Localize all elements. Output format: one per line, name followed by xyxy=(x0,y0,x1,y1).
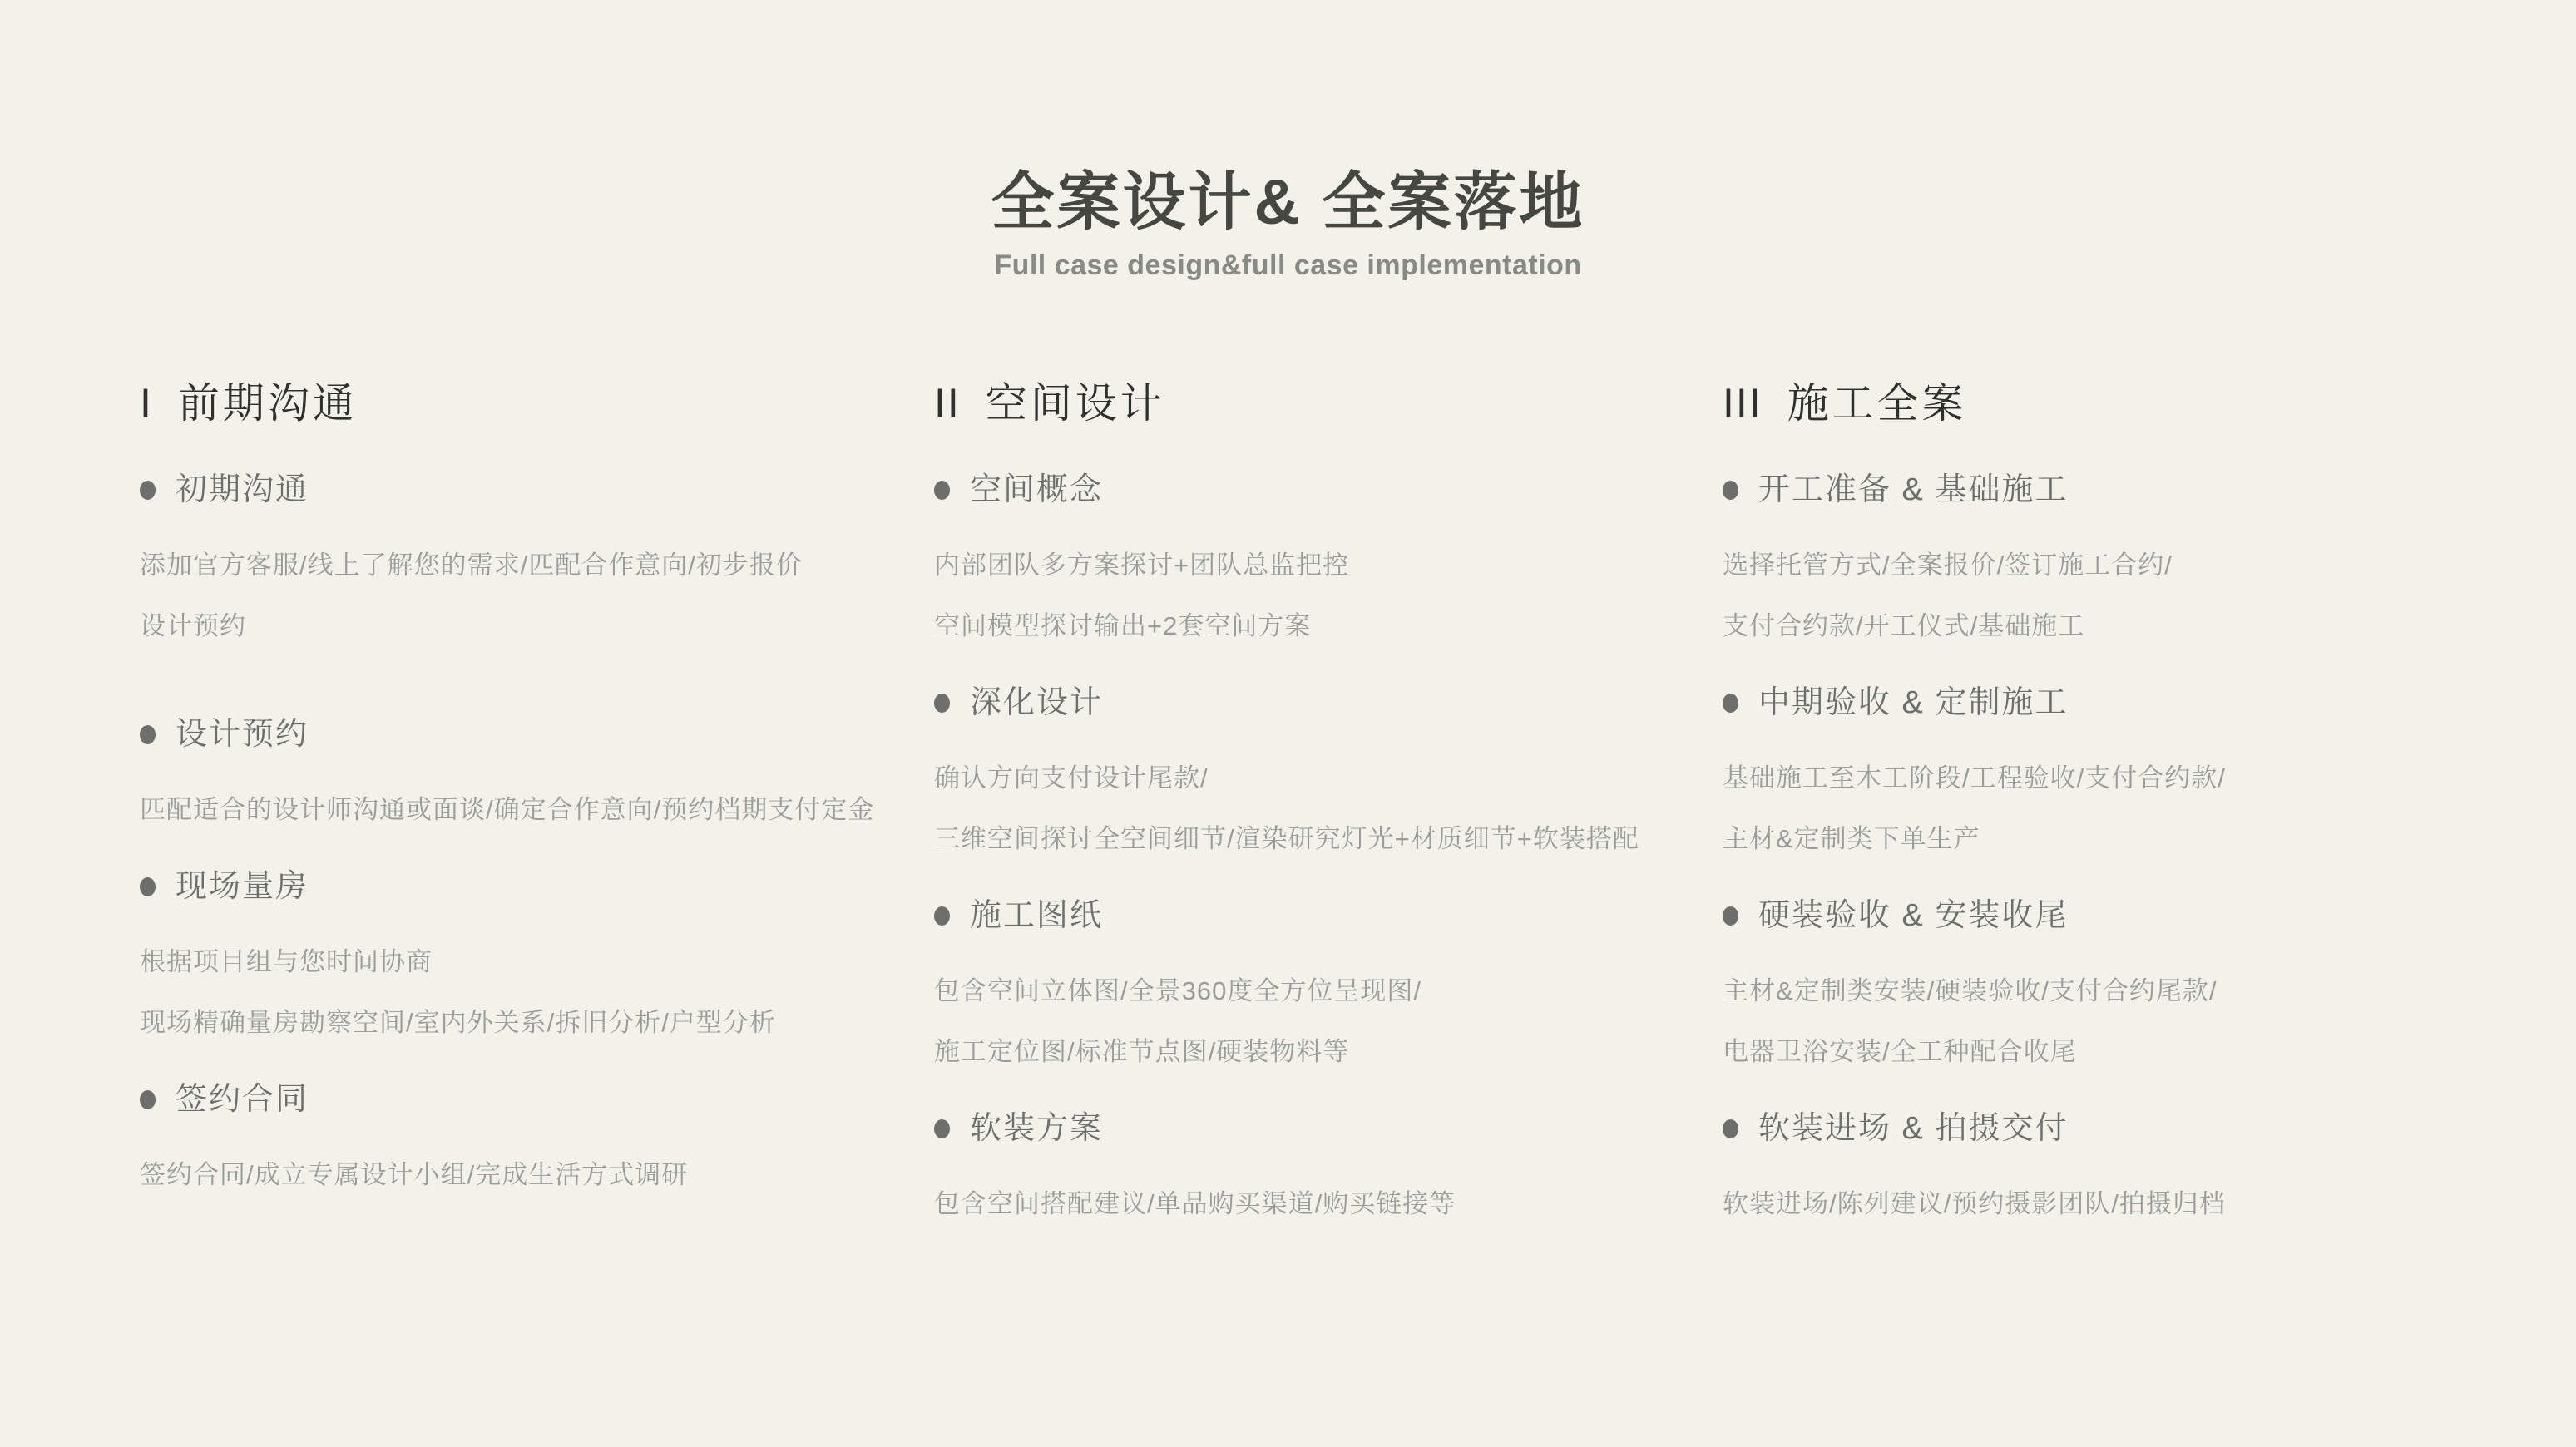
slide-page: 全案设计& 全案落地 Full case design&full case im… xyxy=(0,0,2576,1447)
section-heading-row: 开工准备 & 基础施工 xyxy=(1723,470,2526,510)
section-description-line: 主材&定制类下单生产 xyxy=(1723,822,2526,857)
column-numeral: II xyxy=(934,376,961,431)
bullet-dot-icon xyxy=(934,1119,950,1138)
column-header: II 空间设计 xyxy=(934,376,1723,431)
section-description-line: 基础施工至木工阶段/工程验收/支付合约款/ xyxy=(1723,761,2526,796)
section: 空间概念 内部团队多方案探讨+团队总监把控 空间模型探讨输出+2套空间方案 xyxy=(934,470,1723,644)
bullet-dot-icon xyxy=(934,906,950,926)
column-early-communication: I 前期沟通 初期沟通 添加官方客服/线上了解您的需求/匹配合作意向/初步报价 … xyxy=(140,376,934,1222)
section-description-line: 施工定位图/标准节点图/硬装物料等 xyxy=(934,1035,1723,1069)
section-heading-row: 空间概念 xyxy=(934,470,1723,510)
bullet-dot-icon xyxy=(1723,694,1738,713)
section: 硬装验收 & 安装收尾 主材&定制类安装/硬装验收/支付合约尾款/ 电器卫浴安装… xyxy=(1723,896,2526,1069)
section-heading: 中期验收 & 定制施工 xyxy=(1758,683,2068,723)
section: 软装方案 包含空间搭配建议/单品购买渠道/购买链接等 xyxy=(934,1109,1723,1222)
column-numeral: III xyxy=(1723,376,1763,431)
section-description-line: 添加官方客服/线上了解您的需求/匹配合作意向/初步报价 xyxy=(140,548,934,583)
section-description-line: 签约合同/成立专属设计小组/完成生活方式调研 xyxy=(140,1158,934,1193)
section: 深化设计 确认方向支付设计尾款/ 三维空间探讨全空间细节/渲染研究灯光+材质细节… xyxy=(934,683,1723,857)
section-heading-row: 硬装验收 & 安装收尾 xyxy=(1723,896,2526,936)
section-description-line: 设计预约 xyxy=(140,609,934,644)
section-heading-row: 初期沟通 xyxy=(140,470,934,510)
section-description-line: 选择托管方式/全案报价/签订施工合约/ xyxy=(1723,548,2526,583)
column-title: 空间设计 xyxy=(986,376,1165,431)
bullet-dot-icon xyxy=(140,725,156,744)
section: 初期沟通 添加官方客服/线上了解您的需求/匹配合作意向/初步报价 设计预约 xyxy=(140,470,934,644)
page-subtitle: Full case design&full case implementatio… xyxy=(0,248,2576,283)
section-description-line: 匹配适合的设计师沟通或面谈/确定合作意向/预约档期支付定金 xyxy=(140,793,934,827)
section-heading: 设计预约 xyxy=(176,714,309,754)
section-heading-row: 现场量房 xyxy=(140,867,934,906)
section-heading: 深化设计 xyxy=(970,683,1103,723)
section-heading: 硬装验收 & 安装收尾 xyxy=(1758,896,2068,936)
bullet-dot-icon xyxy=(140,877,156,896)
section-heading: 签约合同 xyxy=(176,1079,309,1119)
section-description-line: 支付合约款/开工仪式/基础施工 xyxy=(1723,609,2526,644)
section: 设计预约 匹配适合的设计师沟通或面谈/确定合作意向/预约档期支付定金 xyxy=(140,714,934,827)
section-description-line: 确认方向支付设计尾款/ xyxy=(934,761,1723,796)
bullet-dot-icon xyxy=(1723,906,1738,926)
section-description-line: 软装进场/陈列建议/预约摄影团队/拍摄归档 xyxy=(1723,1187,2526,1222)
bullet-dot-icon xyxy=(934,481,950,500)
section-heading: 开工准备 & 基础施工 xyxy=(1758,470,2068,510)
bullet-dot-icon xyxy=(140,1090,156,1109)
bullet-dot-icon xyxy=(1723,1119,1738,1138)
section-heading: 现场量房 xyxy=(176,867,309,906)
section-heading-row: 软装方案 xyxy=(934,1109,1723,1148)
column-construction-full-case: III 施工全案 开工准备 & 基础施工 选择托管方式/全案报价/签订施工合约/… xyxy=(1723,376,2526,1222)
process-columns: I 前期沟通 初期沟通 添加官方客服/线上了解您的需求/匹配合作意向/初步报价 … xyxy=(140,376,2526,1222)
section-heading-row: 深化设计 xyxy=(934,683,1723,723)
column-header: I 前期沟通 xyxy=(140,376,934,431)
section: 中期验收 & 定制施工 基础施工至木工阶段/工程验收/支付合约款/ 主材&定制类… xyxy=(1723,683,2526,857)
section-description-line: 包含空间立体图/全景360度全方位呈现图/ xyxy=(934,974,1723,1009)
section: 签约合同 签约合同/成立专属设计小组/完成生活方式调研 xyxy=(140,1079,934,1193)
section: 开工准备 & 基础施工 选择托管方式/全案报价/签订施工合约/ 支付合约款/开工… xyxy=(1723,470,2526,644)
bullet-dot-icon xyxy=(934,694,950,713)
section-heading: 空间概念 xyxy=(970,470,1103,510)
section-heading: 施工图纸 xyxy=(970,896,1103,936)
section: 施工图纸 包含空间立体图/全景360度全方位呈现图/ 施工定位图/标准节点图/硬… xyxy=(934,896,1723,1069)
section-description-line: 三维空间探讨全空间细节/渲染研究灯光+材质细节+软装搭配 xyxy=(934,822,1723,857)
section: 现场量房 根据项目组与您时间协商 现场精确量房勘察空间/室内外关系/拆旧分析/户… xyxy=(140,867,934,1040)
section-heading-row: 施工图纸 xyxy=(934,896,1723,936)
section-heading: 初期沟通 xyxy=(176,470,309,510)
column-space-design: II 空间设计 空间概念 内部团队多方案探讨+团队总监把控 空间模型探讨输出+2… xyxy=(934,376,1723,1222)
column-numeral: I xyxy=(140,376,153,431)
section-description-line: 空间模型探讨输出+2套空间方案 xyxy=(934,609,1723,644)
section-heading-row: 设计预约 xyxy=(140,714,934,754)
section: 软装进场 & 拍摄交付 软装进场/陈列建议/预约摄影团队/拍摄归档 xyxy=(1723,1109,2526,1222)
section-description-line: 内部团队多方案探讨+团队总监把控 xyxy=(934,548,1723,583)
section-heading-row: 软装进场 & 拍摄交付 xyxy=(1723,1109,2526,1148)
section-heading: 软装方案 xyxy=(970,1109,1103,1148)
section-heading-row: 签约合同 xyxy=(140,1079,934,1119)
section-heading-row: 中期验收 & 定制施工 xyxy=(1723,683,2526,723)
section-description-line: 电器卫浴安装/全工种配合收尾 xyxy=(1723,1035,2526,1069)
section-heading: 软装进场 & 拍摄交付 xyxy=(1758,1109,2068,1148)
section-description-line: 根据项目组与您时间协商 xyxy=(140,945,934,980)
section-description-line: 现场精确量房勘察空间/室内外关系/拆旧分析/户型分析 xyxy=(140,1005,934,1040)
column-title: 前期沟通 xyxy=(178,376,358,431)
bullet-dot-icon xyxy=(1723,481,1738,500)
bullet-dot-icon xyxy=(140,481,156,500)
page-title: 全案设计& 全案落地 xyxy=(0,163,2576,243)
section-description-line: 主材&定制类安装/硬装验收/支付合约尾款/ xyxy=(1723,974,2526,1009)
column-header: III 施工全案 xyxy=(1723,376,2526,431)
section-description-line: 包含空间搭配建议/单品购买渠道/购买链接等 xyxy=(934,1187,1723,1222)
page-header: 全案设计& 全案落地 Full case design&full case im… xyxy=(0,163,2576,283)
column-title: 施工全案 xyxy=(1787,376,1967,431)
